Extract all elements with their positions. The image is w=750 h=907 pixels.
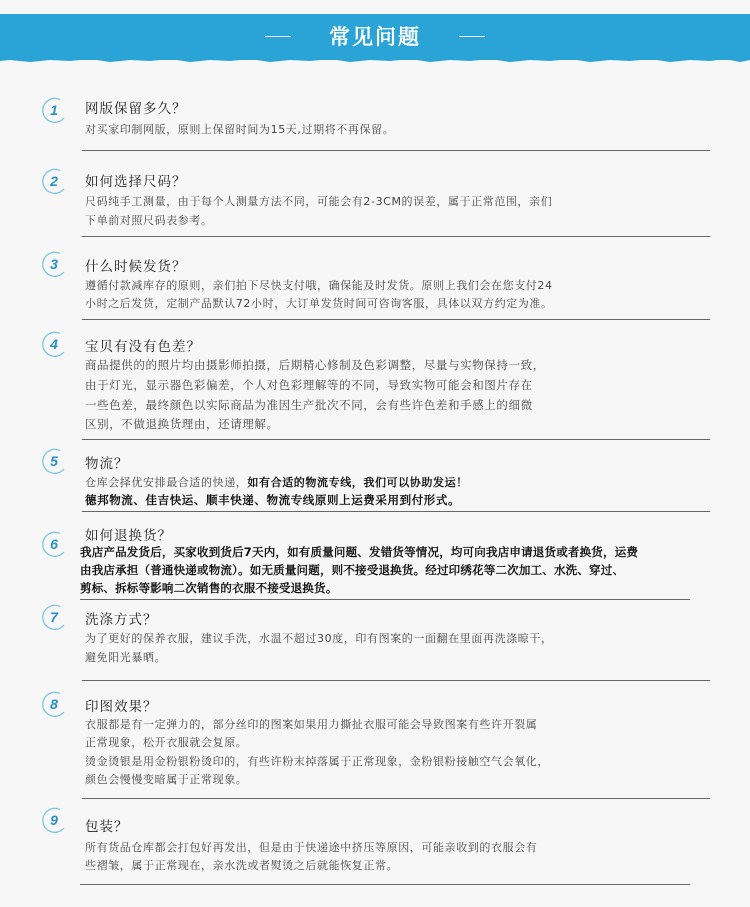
faq-answer-line: 小时之后发货，定制产品默认72小时，大订单发货时间可咨询客服，具体以双方约定为准…	[85, 294, 553, 313]
faq-answer-line: 些褶皱，属于正常现在，亲水洗或者熨烫之后就能恢复正常。	[85, 856, 398, 875]
title-left-line	[265, 36, 291, 37]
answer-bold-text: 如有合适的物流专线，我们可以协助发运！	[247, 476, 467, 489]
title-right-line	[459, 36, 485, 37]
divider	[80, 599, 690, 600]
number-circle-icon: 7	[40, 603, 68, 631]
number-circle-icon: 3	[40, 250, 68, 278]
number-circle-icon: 5	[40, 447, 68, 475]
faq-answer-line: 一些色差，最终颜色以实际商品为准因生产批次不同，会有些许色差和手感上的细微	[85, 396, 533, 415]
faq-answer-line: 所有货品仓库都会打包好再发出，但是由于快递途中挤压等原因，可能亲收到的衣服会有	[85, 838, 537, 857]
faq-answer-line: 正常现象，松开衣服就会复原。	[85, 733, 247, 752]
divider	[80, 884, 690, 885]
faq-question: 如何退换货？	[85, 524, 172, 544]
page-title-row: 常见问题	[0, 14, 750, 58]
number-circle-icon: 2	[40, 167, 68, 195]
page-title: 常见问题	[329, 21, 421, 51]
faq-answer-line: 避免阳光暴晒。	[85, 648, 166, 667]
faq-answer-line: 为了更好的保养衣服，建议手洗，水温不超过30度，印有图案的一面翻在里面再洗涤晾干…	[85, 629, 553, 648]
divider	[82, 150, 710, 151]
faq-answer-line: 对买家印制网版，原则上保留时间为15天,过期将不再保留。	[85, 120, 394, 139]
divider	[82, 798, 710, 799]
faq-question: 宝贝有没有色差？	[85, 335, 201, 355]
faq-answer-line: 由于灯光，显示器色彩偏差，个人对色彩理解等的不同，导致实物可能会和图片存在	[85, 376, 533, 395]
number-circle-icon: 6	[40, 530, 68, 558]
faq-question: 印图效果？	[85, 695, 158, 715]
divider	[82, 511, 710, 512]
divider	[82, 680, 710, 681]
faq-answer-line: 德邦物流、佳吉快运、顺丰快递、物流专线原则上运费采用到付形式。	[85, 491, 460, 510]
divider	[82, 236, 710, 237]
divider	[82, 319, 710, 320]
faq-answer-line: 颜色会慢慢变暗属于正常现象。	[85, 770, 247, 789]
number-circle-icon: 1	[40, 96, 68, 124]
number-circle-icon: 9	[40, 806, 68, 834]
faq-answer-line: 下单前对照尺码表参考。	[85, 211, 213, 230]
faq-question: 物流？	[85, 452, 129, 472]
number-circle-icon: 4	[40, 330, 68, 358]
number-circle-icon: 8	[40, 690, 68, 718]
faq-answer-line: 仓库会择优安排最合适的快递，如有合适的物流专线，我们可以协助发运！	[85, 473, 468, 492]
faq-answer-line: 剪标、拆标等影响二次销售的衣服不接受退换货。	[80, 579, 337, 598]
faq-answer-line: 商品提供的的照片均由摄影师拍摄，后期精心修制及色彩调整，尽量与实物保持一致，	[85, 356, 545, 375]
faq-question: 什么时候发货？	[85, 255, 187, 275]
faq-question: 包装？	[85, 815, 129, 835]
faq-answer-line: 我店产品发货后，买家收到货后7天内，如有质量问题、发错货等情况，均可向我店申请退…	[80, 543, 638, 562]
answer-normal-text: 仓库会择优安排最合适的快递，	[85, 476, 247, 489]
faq-question: 洗涤方式？	[85, 608, 158, 628]
faq-answer-line: 烫金烫银是用金粉银粉烫印的，有些许粉末掉落属于正常现象，金粉银粉接触空气会氧化，	[85, 752, 549, 771]
faq-answer-line: 尺码纯手工测量，由于每个人测量方法不同，可能会有2-3CM的误差，属于正常范围，…	[85, 192, 552, 211]
divider	[82, 439, 710, 440]
faq-answer-line: 衣服都是有一定弹力的，部分丝印的图案如果用力撕扯衣服可能会导致图案有些许开裂属	[85, 715, 537, 734]
faq-answer-line: 由我店承担（普通快递或物流）。如无质量问题，则不接受退换货。经过印绣花等二次加工…	[80, 561, 624, 580]
faq-question: 网版保留多久？	[85, 97, 187, 117]
faq-answer-line: 区别，不做退换货理由，还请理解。	[85, 415, 279, 434]
faq-answer-line: 遵循付款减库存的原则，亲们拍下尽快支付哦，确保能及时发货。原则上我们会在您支付2…	[85, 276, 553, 295]
faq-question: 如何选择尺码？	[85, 170, 187, 190]
